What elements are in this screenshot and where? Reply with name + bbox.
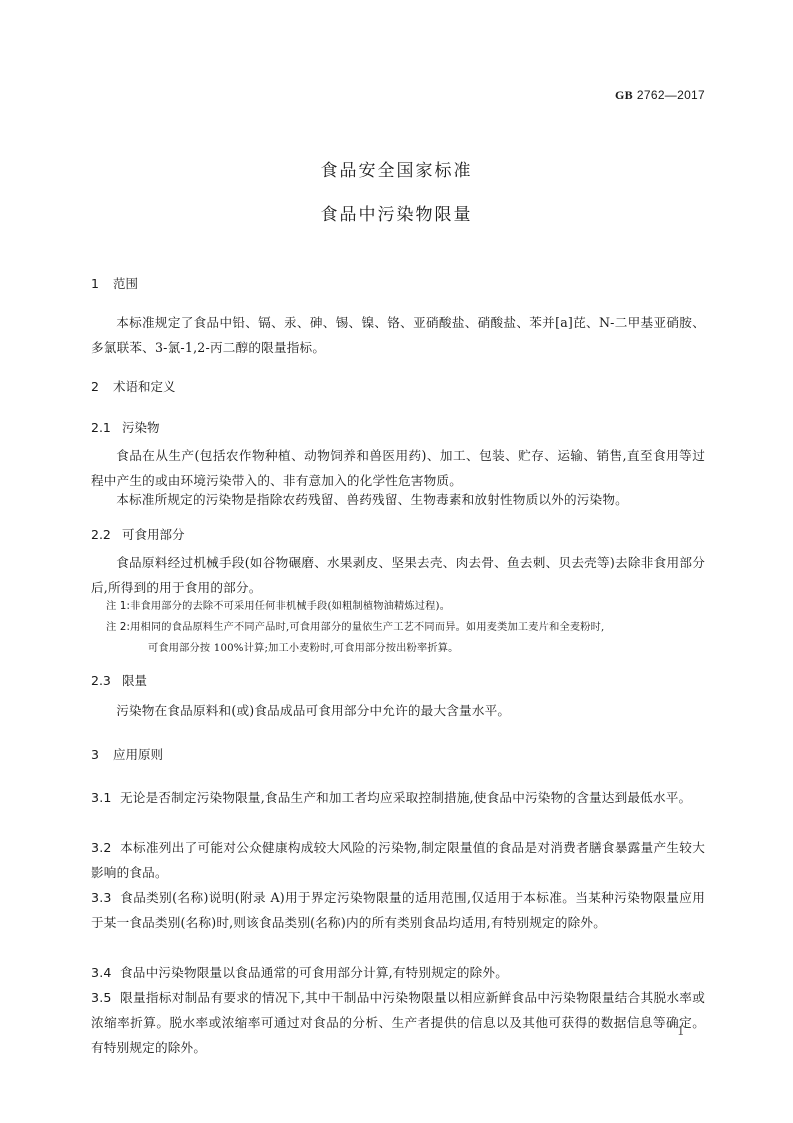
section-title: 限量 <box>122 673 147 688</box>
section-number: 2.3 <box>91 673 122 688</box>
clause-3-2: 3.2本标准列出了可能对公众健康构成较大风险的污染物,制定限量值的食品是对消费者… <box>91 835 705 885</box>
section-title: 应用原则 <box>113 747 163 762</box>
section-2-3-heading: 2.3限量 <box>91 671 147 689</box>
note-2: 注 2:用相同的食品原料生产不同产品时,可食用部分的量依生产工艺不同而异。如用麦… <box>106 618 706 637</box>
page-number: 1 <box>677 1024 685 1038</box>
section-title: 污染物 <box>122 420 160 435</box>
standard-number: 2762—2017 <box>637 88 705 102</box>
standard-code: GB2762—2017 <box>615 88 705 103</box>
section-1-heading: 1范围 <box>91 274 138 292</box>
clause-number: 3.1 <box>91 785 120 810</box>
clause-number: 3.3 <box>91 885 120 910</box>
clause-number: 3.2 <box>91 835 120 860</box>
note-text: 非食用部分的去除不可采用任何非机械手段(如粗制植物油精炼过程)。 <box>130 601 450 612</box>
document-title-line1: 食品安全国家标准 <box>0 156 793 181</box>
section-2-1-paragraph-2: 本标准所规定的污染物是指除农药残留、兽药残留、生物毒素和放射性物质以外的污染物。 <box>91 487 705 512</box>
section-title: 术语和定义 <box>113 379 176 394</box>
standard-prefix: GB <box>615 88 633 102</box>
section-2-3-paragraph: 污染物在食品原料和(或)食品成品可食用部分中允许的最大含量水平。 <box>91 698 705 723</box>
clause-number: 3.4 <box>91 960 120 985</box>
clause-3-3: 3.3食品类别(名称)说明(附录 A)用于界定污染物限量的适用范围,仅适用于本标… <box>91 885 705 935</box>
section-1-paragraph: 本标准规定了食品中铅、镉、汞、砷、锡、镍、铬、亚硝酸盐、硝酸盐、苯并[a]芘、N… <box>91 310 705 360</box>
clause-text: 食品中污染物限量以食品通常的可食用部分计算,有特别规定的除外。 <box>120 965 508 980</box>
clause-3-4: 3.4食品中污染物限量以食品通常的可食用部分计算,有特别规定的除外。 <box>91 960 705 985</box>
clause-3-5: 3.5限量指标对制品有要求的情况下,其中干制品中污染物限量以相应新鲜食品中污染物… <box>91 985 705 1060</box>
clause-text: 本标准列出了可能对公众健康构成较大风险的污染物,制定限量值的食品是对消费者膳食暴… <box>91 840 705 880</box>
note-2-continuation: 可食用部分按 100%计算;加工小麦粉时,可食用部分按出粉率折算。 <box>148 639 708 658</box>
note-label: 注 2: <box>106 622 130 633</box>
section-number: 2.1 <box>91 420 122 435</box>
section-number: 2.2 <box>91 527 122 542</box>
section-2-1-heading: 2.1污染物 <box>91 418 160 436</box>
section-2-2-paragraph: 食品原料经过机械手段(如谷物碾磨、水果剥皮、坚果去壳、肉去骨、鱼去刺、贝去壳等)… <box>91 550 705 600</box>
section-number: 3 <box>91 747 113 762</box>
section-3-heading: 3应用原则 <box>91 745 163 763</box>
clause-text: 无论是否制定污染物限量,食品生产和加工者均应采取控制措施,使食品中污染物的含量达… <box>120 790 691 805</box>
section-2-2-heading: 2.2可食用部分 <box>91 525 185 543</box>
note-label: 注 1: <box>106 601 130 612</box>
section-2-1-paragraph-1: 食品在从生产(包括农作物种植、动物饲养和兽医用药)、加工、包装、贮存、运输、销售… <box>91 443 705 493</box>
clause-3-1: 3.1无论是否制定污染物限量,食品生产和加工者均应采取控制措施,使食品中污染物的… <box>91 785 705 810</box>
clause-text: 食品类别(名称)说明(附录 A)用于界定污染物限量的适用范围,仅适用于本标准。当… <box>91 890 705 930</box>
section-number: 1 <box>91 276 113 291</box>
note-text: 用相同的食品原料生产不同产品时,可食用部分的量依生产工艺不同而异。如用麦类加工麦… <box>130 622 604 633</box>
clause-number: 3.5 <box>91 985 120 1010</box>
section-number: 2 <box>91 379 113 394</box>
section-title: 范围 <box>113 276 138 291</box>
section-title: 可食用部分 <box>122 527 185 542</box>
clause-text: 限量指标对制品有要求的情况下,其中干制品中污染物限量以相应新鲜食品中污染物限量结… <box>91 990 705 1055</box>
note-1: 注 1:非食用部分的去除不可采用任何非机械手段(如粗制植物油精炼过程)。 <box>106 597 706 616</box>
document-title-line2: 食品中污染物限量 <box>0 200 793 225</box>
section-2-heading: 2术语和定义 <box>91 377 176 395</box>
